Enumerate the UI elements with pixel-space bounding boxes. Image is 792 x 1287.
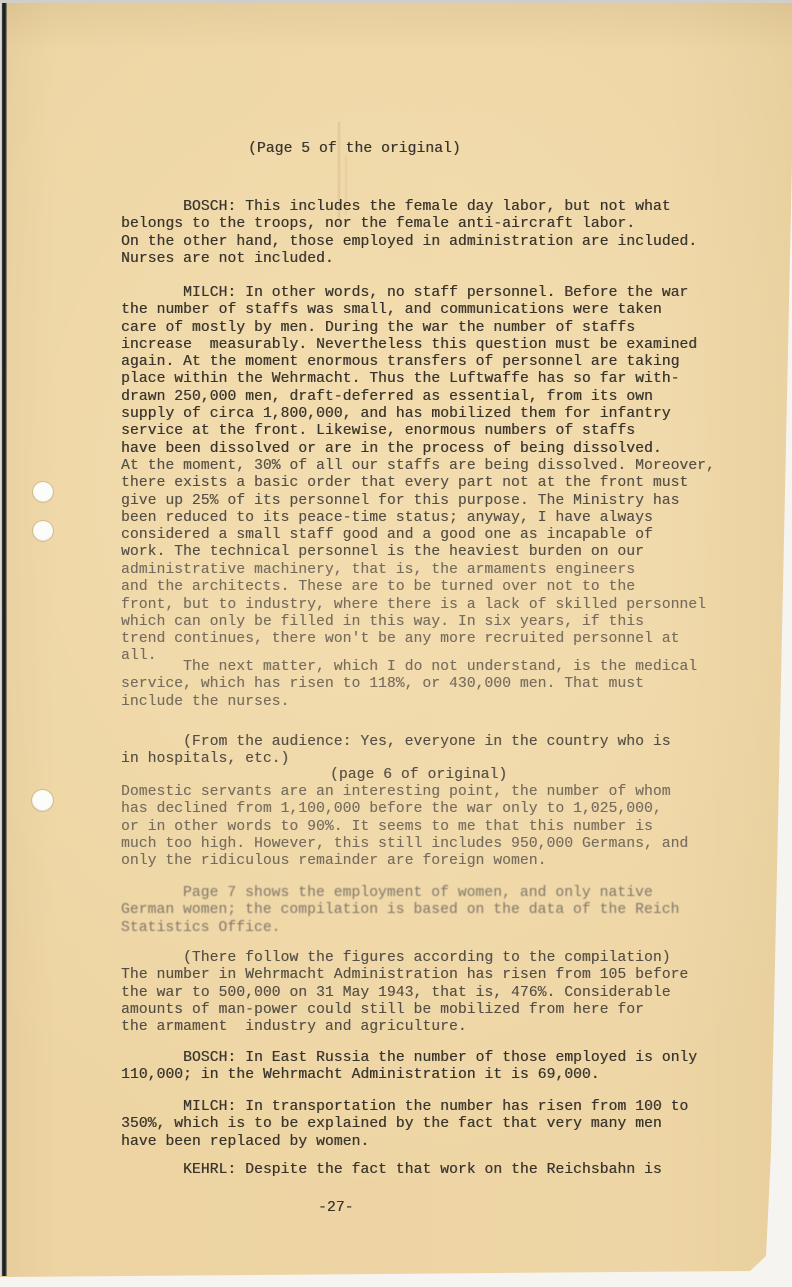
paragraph-milch-transportation: MILCH: In transportation the number has … (121, 1099, 688, 1151)
footer-page-number: -27- (318, 1200, 353, 1217)
paragraph-bosch-intro: BOSCH: This includes the female day labo… (121, 199, 697, 268)
paragraph-bosch-east-russia: BOSCH: In East Russia the number of thos… (121, 1050, 697, 1085)
punch-hole (33, 482, 53, 502)
paragraph-milch-speech-2: At the moment, 30% of all our staffs are… (121, 458, 715, 562)
page-reference-header: (Page 5 of the original) (248, 141, 461, 158)
paragraph-page7-women: Page 7 shows the employment of women, an… (121, 885, 679, 937)
binding-spine-edge (0, 2, 7, 1276)
scanner-edge-strip (0, 0, 792, 3)
paragraph-audience-note: (From the audience: Yes, everyone in the… (121, 734, 671, 769)
paragraph-milch-speech-1: MILCH: In other words, no staff personne… (121, 285, 697, 458)
paragraph-domestic-servants: Domestic servants are an interesting poi… (121, 784, 688, 870)
punch-hole (33, 521, 53, 541)
scanned-document: (Page 5 of the original) BOSCH: This inc… (0, 0, 792, 1287)
punch-hole (32, 790, 53, 811)
paragraph-compilation-figures: (There follow the figures according to t… (121, 950, 688, 1036)
paragraph-medical-service: The next matter, which I do not understa… (121, 659, 697, 711)
page6-marker: (page 6 of original) (330, 767, 507, 784)
paragraph-milch-speech-3: administrative machinery, that is, the a… (121, 562, 706, 666)
paragraph-kehrl-reichsbahn: KEHRL: Despite the fact that work on the… (121, 1162, 662, 1179)
